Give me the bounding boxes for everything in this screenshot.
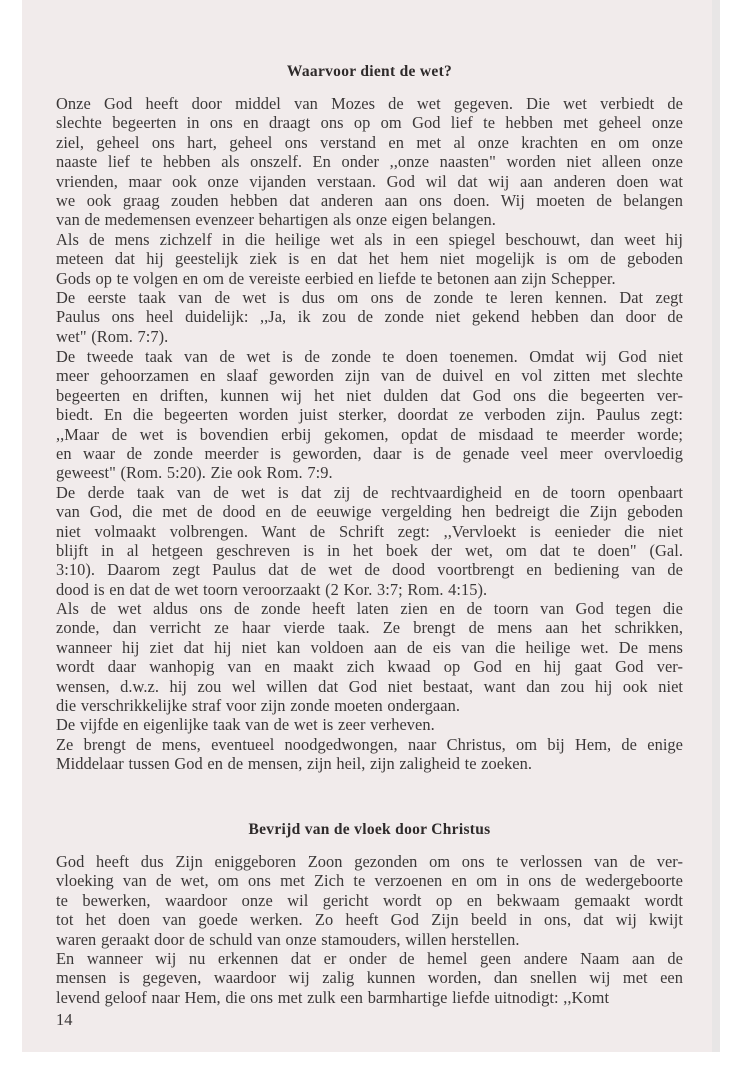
section-heading-bevrijd-van-de-vloek: Bevrijd van de vloek door Christus (56, 820, 683, 839)
text-line: geweest" (Rom. 5:20). Zie ook Rom. 7:9. (56, 463, 683, 482)
text-line: Ze brengt de mens, eventueel noodgedwong… (56, 735, 683, 754)
text-line: naaste lief te hebben als onszelf. En on… (56, 152, 683, 171)
text-line: waren geraakt door de schuld van onze st… (56, 930, 683, 949)
text-line: slechte begeerten in ons en draagt ons o… (56, 113, 683, 132)
text-line: wordt daar wanhopig van en maakt zich kw… (56, 657, 683, 676)
section-heading-waarvoor-dient-de-wet: Waarvoor dient de wet? (56, 62, 683, 81)
text-line: en waar de zonde meerder is geworden, da… (56, 444, 683, 463)
text-line: wet" (Rom. 7:7). (56, 327, 683, 346)
text-line: Onze God heeft door middel van Mozes de … (56, 94, 683, 113)
text-line: mensen is gegeven, waardoor wij zalig ku… (56, 968, 683, 987)
text-line: van God, die met de dood en de eeuwige v… (56, 502, 683, 521)
text-line: blijft in al hetgeen geschreven is in he… (56, 541, 683, 560)
text-line: meteen dat hij geestelijk ziek is en dat… (56, 249, 683, 268)
text-line: te bewerken, waardoor onze wil gericht w… (56, 891, 683, 910)
text-line: De vijfde en eigenlijke taak van de wet … (56, 715, 683, 734)
text-line: ,,Maar de wet is bovendien erbij gekomen… (56, 425, 683, 444)
page-number: 14 (56, 1010, 72, 1029)
text-line: wanneer hij ziet dat hij niet kan voldoe… (56, 638, 683, 657)
text-line: 3:10). Daarom zegt Paulus dat de wet de … (56, 560, 683, 579)
text-line: begeerten en driften, kunnen wij het nie… (56, 386, 683, 405)
text-line: vrienden, maar ook onze vijanden verstaa… (56, 172, 683, 191)
text-line: De derde taak van de wet is dat zij de r… (56, 483, 683, 502)
text-line: meer gehoorzamen en slaaf geworden zijn … (56, 366, 683, 385)
page-edge (712, 0, 720, 1052)
text-line: we ook graag zouden hebben dat anderen a… (56, 191, 683, 210)
text-line: wensen, d.w.z. hij zou wel willen dat Go… (56, 677, 683, 696)
text-line: van de medemensen evenzeer behartigen al… (56, 210, 683, 229)
text-line: levend geloof naar Hem, die ons met zulk… (56, 988, 683, 1007)
text-line: dood is en dat de wet toorn veroorzaakt … (56, 580, 683, 599)
text-line: vloeking van de wet, om ons met Zich te … (56, 871, 683, 890)
section1-paragraph-2: De tweede taak van de wet is de zonde te… (56, 347, 683, 774)
text-line: De eerste taak van de wet is dus om ons … (56, 288, 683, 307)
section1-paragraph-1: Onze God heeft door middel van Mozes de … (56, 94, 683, 346)
text-line: Paulus ons heel duidelijk: ,,Ja, ik zou … (56, 307, 683, 326)
text-line: die verschrikkelijke straf voor zijn zon… (56, 696, 683, 715)
text-line: Middelaar tussen God en de mensen, zijn … (56, 754, 683, 773)
text-line: ziel, geheel ons hart, geheel ons versta… (56, 133, 683, 152)
text-line: niet volmaakt volbrengen. Want de Schrif… (56, 522, 683, 541)
text-line: zonde, dan verricht ze haar vierde taak.… (56, 618, 683, 637)
text-line: God heeft dus Zijn eniggeboren Zoon gezo… (56, 852, 683, 871)
section2-paragraph-1: God heeft dus Zijn eniggeboren Zoon gezo… (56, 852, 683, 1007)
text-line: Als de mens zichzelf in die heilige wet … (56, 230, 683, 249)
text-line: De tweede taak van de wet is de zonde te… (56, 347, 683, 366)
text-line: En wanneer wij nu erkennen dat er onder … (56, 949, 683, 968)
text-line: Als de wet aldus ons de zonde heeft late… (56, 599, 683, 618)
text-line: biedt. En die begeerten worden juist ste… (56, 405, 683, 424)
text-line: tot het doen van goede werken. Zo heeft … (56, 910, 683, 929)
text-line: Gods op te volgen en om de vereiste eerb… (56, 269, 683, 288)
